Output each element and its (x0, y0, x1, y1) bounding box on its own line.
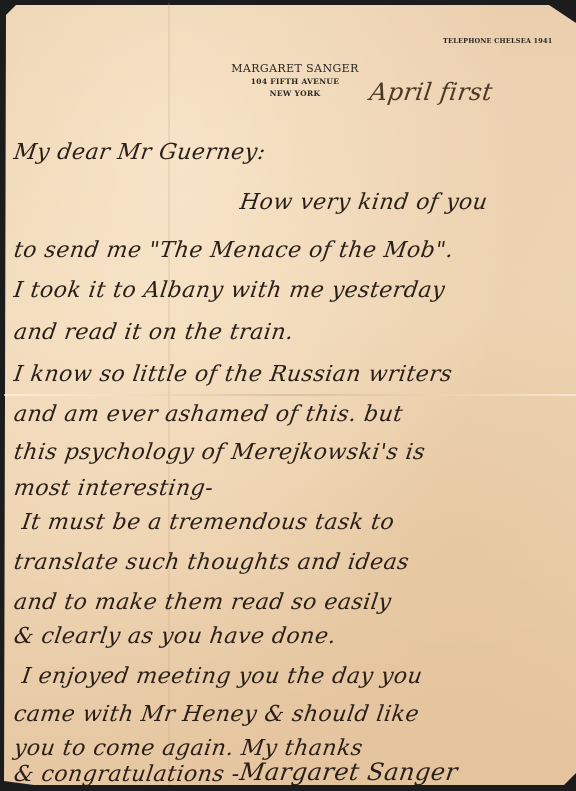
letter-line: I know so little of the Russian writers (12, 362, 454, 387)
letter-line: to send me "The Menace of the Mob". (12, 238, 455, 263)
letter-salutation: My dear Mr Guerney: (12, 140, 267, 165)
letter-date: April first (368, 78, 495, 106)
letter-line: I took it to Albany with me yesterday (12, 278, 447, 303)
letterhead-address-city: NEW YORK (210, 88, 380, 100)
letter-line: translate such thoughts and ideas (12, 550, 411, 575)
letterhead-address-street: 104 FIFTH AVENUE (210, 76, 380, 88)
letter-line: most interesting- (12, 476, 215, 501)
letter-line: and to make them read so easily (12, 590, 393, 615)
letter-line: & clearly as you have done. (12, 624, 338, 649)
letter-signature: Margaret Sanger (238, 758, 460, 786)
letter-line: How very kind of you (238, 190, 489, 215)
letterhead: MARGARET SANGER 104 FIFTH AVENUE NEW YOR… (210, 62, 380, 100)
letter-line: and am ever ashamed of this. but (12, 402, 404, 427)
letter-line: came with Mr Heney & should like (12, 702, 421, 727)
letter-line: & congratulations - (12, 762, 241, 787)
letterhead-name: MARGARET SANGER (210, 62, 380, 76)
paper-fold-horizontal (4, 394, 576, 396)
letter-line: It must be a tremendous task to (20, 510, 396, 535)
letter-line: and read it on the train. (12, 320, 295, 345)
letter-line: this psychology of Merejkowski's is (12, 440, 427, 465)
letterhead-telephone: TELEPHONE CHELSEA 1941 (443, 37, 552, 45)
letter-line: I enjoyed meeting you the day you (20, 664, 424, 689)
